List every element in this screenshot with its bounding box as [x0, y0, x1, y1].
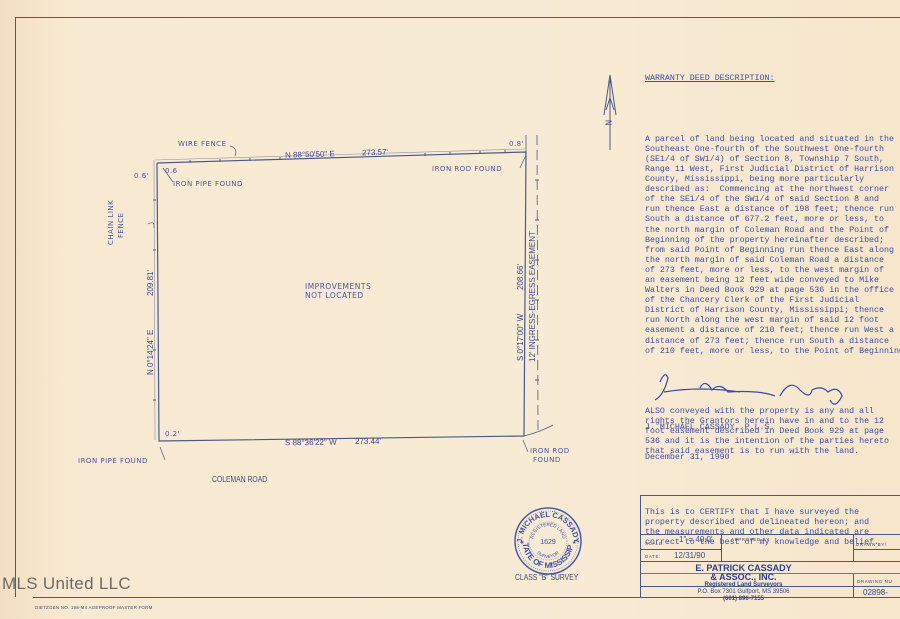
deed-line: of the Chancery Clerk of the First Judic…: [645, 296, 900, 306]
west-line-distance: 209.81': [146, 270, 155, 296]
deed-line: Walters in Deed Book 929 at page 536 in …: [645, 286, 900, 296]
improvements-label-1: IMPROVEMENTS: [305, 282, 371, 291]
offset-nw-a: 0.6': [134, 172, 149, 180]
deed-line: run North along the west margin of said …: [645, 316, 900, 326]
date-value: 12/31/90: [674, 551, 705, 560]
deed-line: run thence East a distance of 198 feet; …: [645, 205, 900, 215]
surveyor-name: J. MICHAEL CASSADY, P.L.S.: [645, 423, 774, 433]
deed-description: WARRANTY DEED DESCRIPTION: A parcel of l…: [645, 54, 900, 569]
deed-line: Range 11 West, First Judicial District o…: [645, 165, 900, 175]
scale-value: 1" = 40.0': [679, 535, 713, 544]
company-name-2: & ASSOC., INC.: [641, 572, 846, 582]
deed-line: an easement being 12 feet wide conveyed …: [645, 276, 900, 286]
deed-paragraph-1: A parcel of land being located and situa…: [645, 135, 900, 357]
deed-line: of 210 feet, more or less, to the Point …: [645, 347, 900, 357]
signature-block: J. MICHAEL CASSADY, P.L.S. December 31, …: [645, 403, 774, 483]
north-line-distance: 273.57': [362, 148, 388, 158]
signature-date: December 31, 1990: [645, 453, 774, 463]
deed-line: Southeast One-fourth of the Southwest On…: [645, 145, 900, 155]
survey-class: CLASS "B" SURVEY: [515, 573, 578, 582]
north-arrow-label: N: [605, 119, 614, 125]
offset-ne: 0.8': [509, 140, 524, 148]
north-line-bearing: N 88°50'50" E: [285, 149, 335, 159]
offset-nw-b: 0.6: [165, 167, 178, 175]
east-line-bearing: S 0°17'00" W: [516, 314, 525, 361]
deed-line: District of Harrison County, Mississippi…: [645, 306, 900, 316]
deed-line: easement a distance of 210 feet; thence …: [645, 326, 900, 336]
drawn-by-label: DRAWN BY/: [856, 542, 887, 547]
iron-pipe-found-sw: IRON PIPE FOUND: [78, 457, 148, 465]
company-address: P.O. Box 7301 Gulfport, MS 39506: [641, 589, 846, 595]
offset-sw: 0.2': [165, 430, 180, 438]
south-line-bearing: S 88°36'22" W: [285, 438, 337, 448]
drawing-number-label: DRAWING NU: [857, 579, 892, 584]
deed-line: the north margin of Coleman Road and the…: [645, 226, 900, 236]
deed-line: A parcel of land being located and situa…: [645, 135, 900, 145]
deed-line: (SE1/4 of SW1/4) of Section 8, Township …: [645, 155, 900, 165]
surveyor-seal: J. MICHAEL CASSADY STATE OF MISSISSIPPI …: [515, 508, 581, 574]
deed-line: of the SE1/4 of the SW1/4 of said Sectio…: [645, 195, 900, 205]
deed-line: described as: Commencing at the northwes…: [645, 185, 900, 195]
deed-title: WARRANTY DEED DESCRIPTION:: [645, 74, 900, 84]
svg-text:★: ★: [520, 540, 525, 546]
iron-rod-found-ne: IRON ROD FOUND: [432, 165, 502, 173]
chain-link-label-1: CHAIN LINK: [107, 200, 115, 245]
west-line-bearing: N 0°14'24" E: [146, 330, 155, 375]
iron-pipe-found-nw: IRON PIPE FOUND: [173, 180, 243, 188]
approved-by-label: APPROVED BY: [731, 537, 770, 542]
improvements-label-2: NOT LOCATED: [305, 291, 364, 300]
deed-line: from said Point of Beginning run thence …: [645, 246, 900, 256]
road-name: COLEMAN ROAD: [212, 475, 267, 484]
deed-line: Beginning of the property hereinafter de…: [645, 236, 900, 246]
date-label: DATE:: [645, 554, 661, 559]
title-block: SCALE: 1" = 40.0' DATE: 12/31/90 APPROVE…: [640, 495, 900, 598]
deed-line: County, Mississippi, being more particul…: [645, 175, 900, 185]
deed-line: the north margin of said Coleman Road a …: [645, 256, 900, 266]
company-subtitle: Registered Land Surveyors: [641, 582, 846, 588]
form-note: DIETZGEN NO. 198-M4 AGEPROOF MASTER FORM: [35, 605, 153, 610]
iron-rod-found-se-2: FOUND: [533, 456, 561, 464]
company-phone: (601) 896-7155: [641, 596, 846, 602]
drawing-number-value: 02898-: [863, 588, 888, 597]
chain-link-label-2: FENCE: [117, 213, 125, 239]
easement-label: 12' INGRESS-EGRESS EASEMENT: [528, 231, 537, 362]
deed-line: South a distance of 677.2 feet, more or …: [645, 215, 900, 225]
south-line-distance: 273.44': [355, 437, 381, 446]
mls-watermark: MLS United LLC: [2, 574, 131, 594]
scale-label: SCALE:: [645, 541, 665, 546]
iron-rod-found-se-1: IRON ROD: [530, 447, 570, 455]
survey-sheet: J. MICHAEL CASSADY STATE OF MISSISSIPPI …: [0, 0, 900, 619]
svg-text:REGISTERED LAND: REGISTERED LAND: [529, 522, 567, 540]
svg-text:★: ★: [572, 540, 577, 546]
deed-line: of 273 feet, more or less, to the west m…: [645, 266, 900, 276]
deed-line: distance of 273 feet; thence run South a…: [645, 337, 900, 347]
wire-fence-label: WIRE FENCE: [178, 140, 227, 148]
north-arrow-icon: [604, 75, 616, 150]
east-line-distance: 208.66': [516, 264, 525, 290]
svg-text:1629: 1629: [540, 539, 556, 546]
